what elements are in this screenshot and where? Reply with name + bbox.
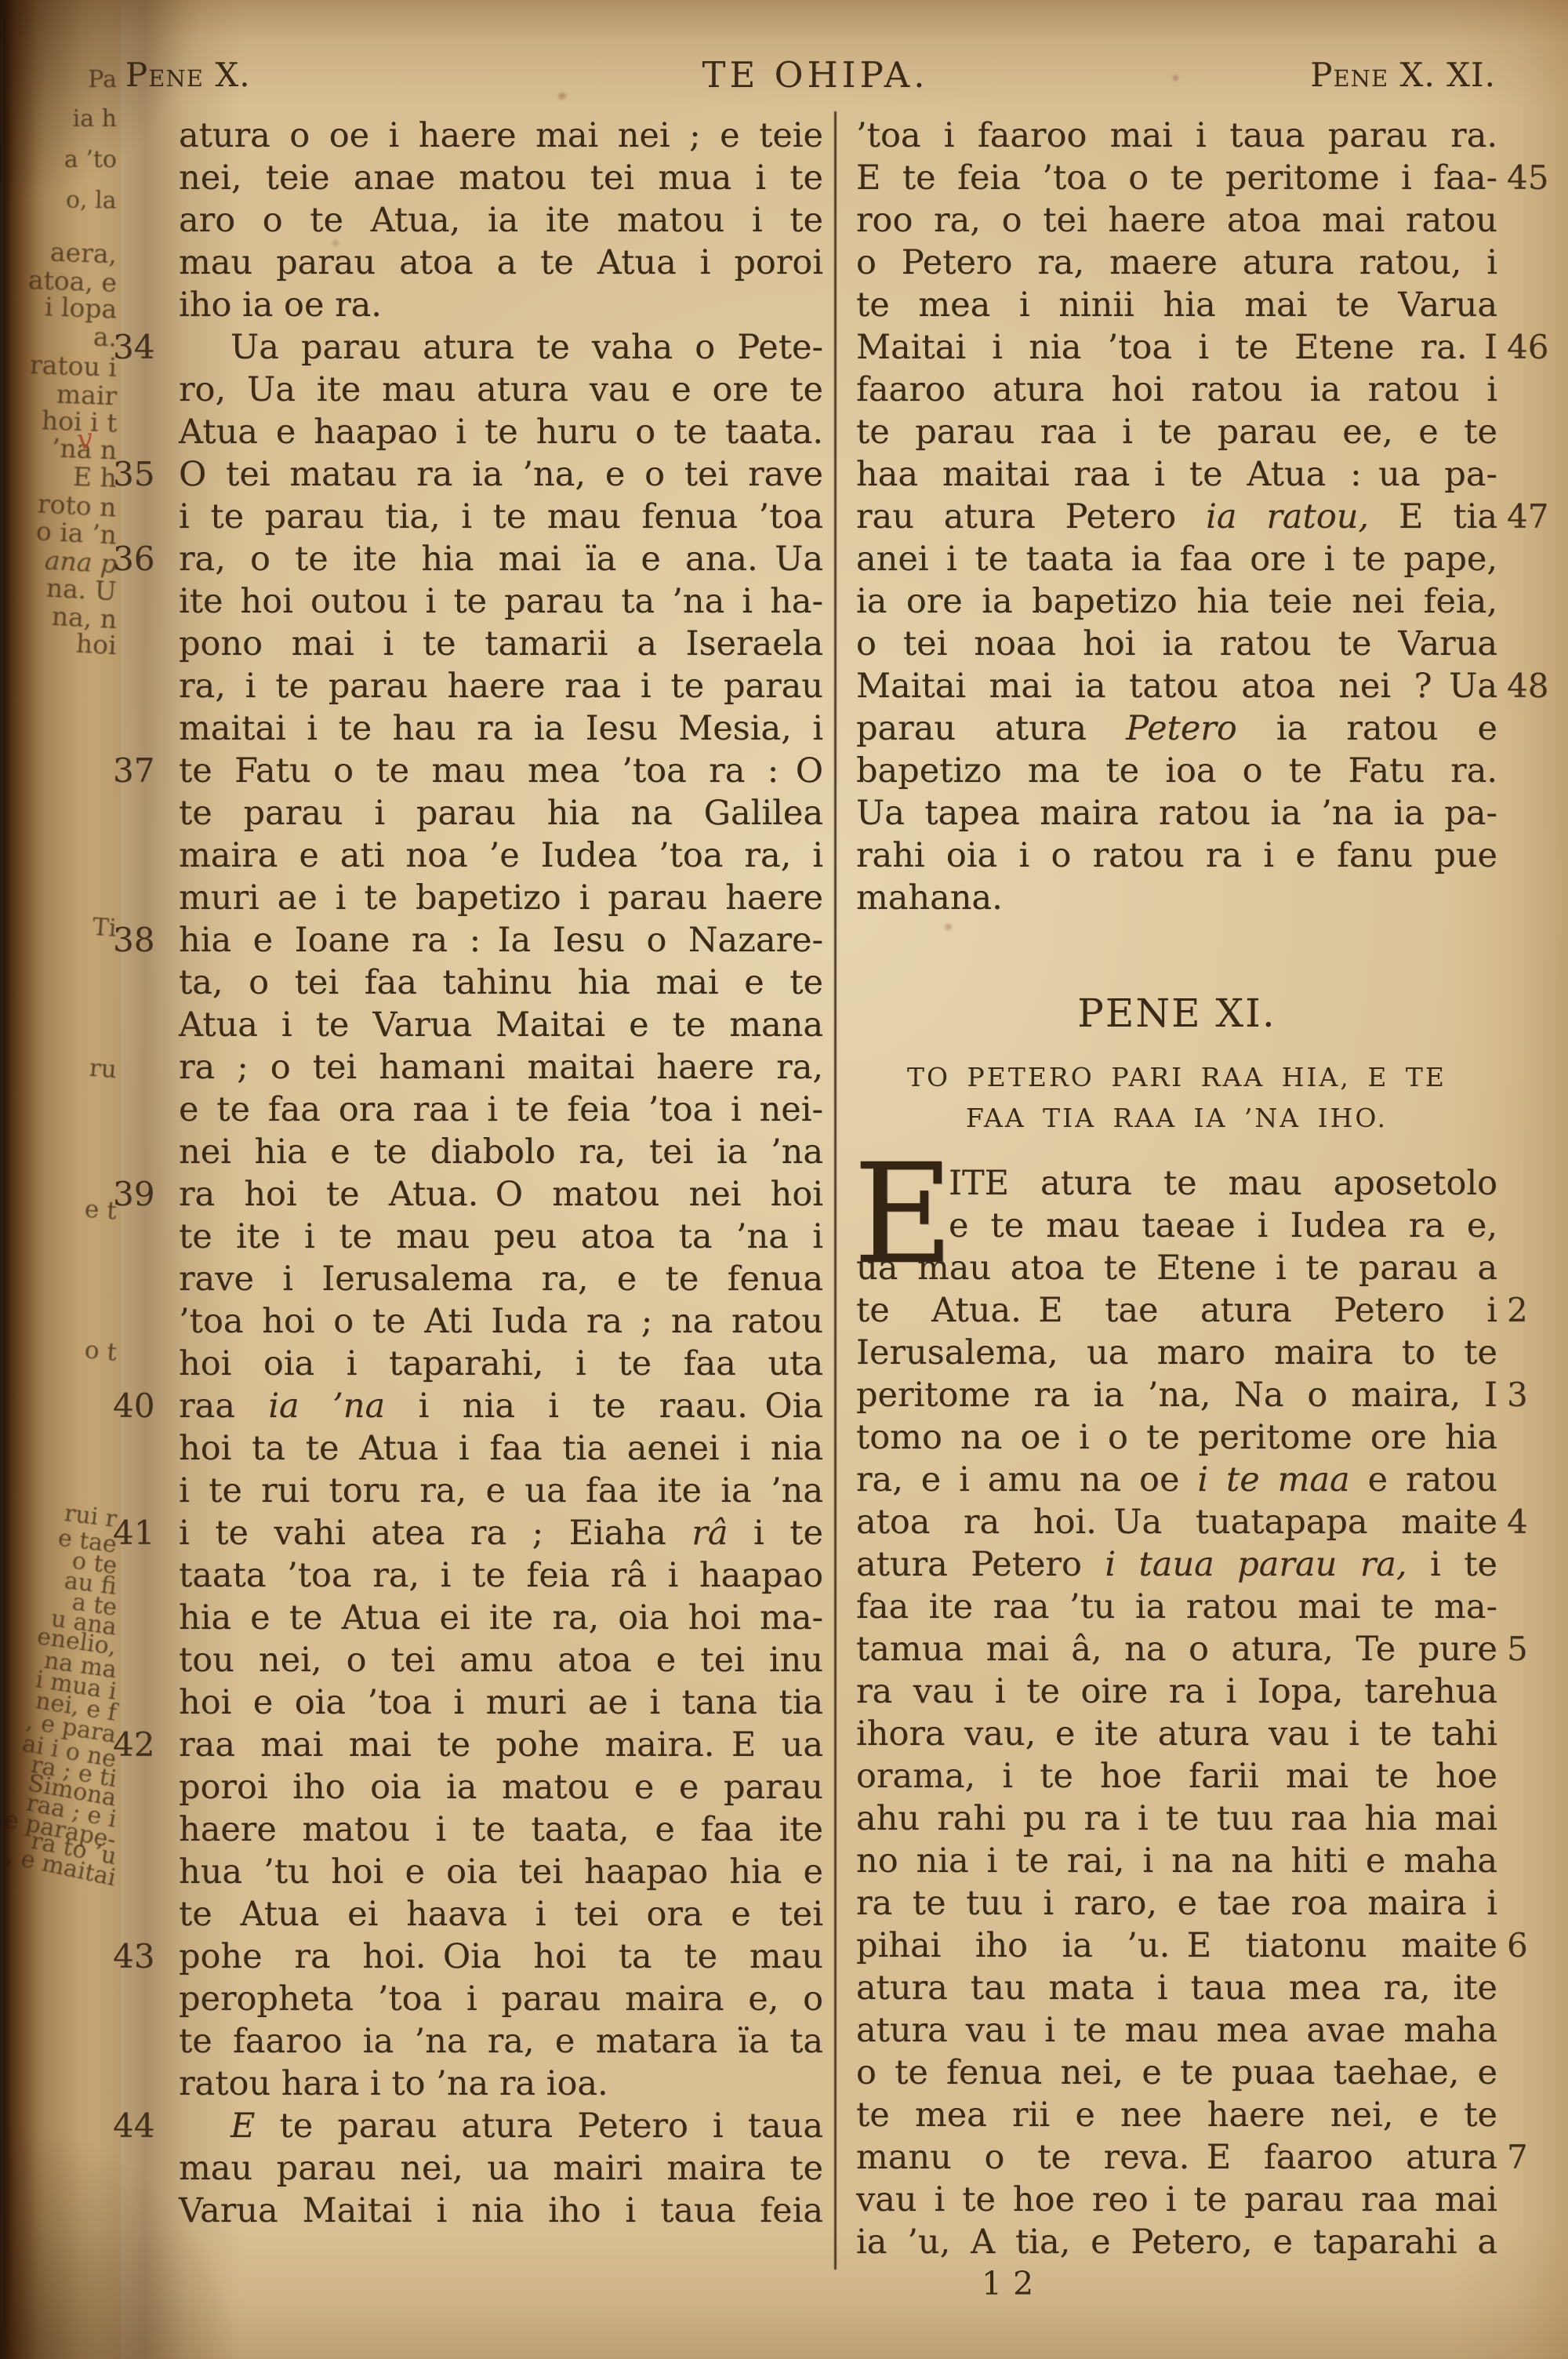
text-line: rave i Ierusalema ra, e te fenua xyxy=(179,1258,823,1300)
text-line: ratou hara i to ’na ra ioa. xyxy=(179,2063,823,2105)
verse-number: 5 xyxy=(1507,1628,1568,1670)
line-text: te ite i te mau peu atoa ta ’na i xyxy=(179,1217,823,1256)
verse-number: 4 xyxy=(1507,1501,1568,1543)
line-text: maitai i te hau ra ia Iesu Mesia, i xyxy=(179,709,823,748)
text-line: parau atura Petero ia ratou e xyxy=(856,707,1497,750)
line-text: ro, Ua ite mau atura vau e ore te xyxy=(179,370,823,409)
line-text: ra hoi te Atua. O matou nei hoi xyxy=(179,1175,823,1214)
text-line: ta, o tei faa tahinu hia mai e te xyxy=(179,961,823,1004)
line-text: Atua i te Varua Maitai e te mana xyxy=(179,1005,823,1045)
right-column-part2: EITE atura te mau aposetoloe te mau taea… xyxy=(856,1162,1497,2263)
text-line: ia ’u, A tia, e Petero, e taparahi a xyxy=(856,2221,1497,2263)
text-line: tou nei, o tei amu atoa e tei inu xyxy=(179,1639,823,1681)
line-text: ia ’u, A tia, e Petero, e taparahi a xyxy=(856,2223,1497,2262)
text-line: te faaroo ia ’na ra, e matara ïa ta xyxy=(179,2020,823,2063)
chapter-heading: PENE XI. xyxy=(856,990,1497,1037)
text-line: te parau i parau hia na Galilea xyxy=(179,792,823,834)
line-text: e te faa ora raa i te feia ’toa i nei- xyxy=(179,1090,823,1129)
text-line: peropheta ’toa i parau maira e, o xyxy=(179,1978,823,2020)
text-line: mahana. xyxy=(856,877,1497,919)
line-text: nei hia e te diabolo ra, tei ia ’na xyxy=(179,1132,823,1172)
text-line: 4atoa ra hoi. Ua tuatapapa maite xyxy=(856,1501,1497,1543)
left-column: atura o oe i haere mai nei ; e teienei, … xyxy=(179,114,823,2232)
text-line: 45E te feia ’toa o te peritome i faa- xyxy=(856,157,1497,199)
line-text: bapetizo ma te ioa o te Fatu ra. xyxy=(856,751,1497,791)
line-text: rau atura Petero ia ratou, E tia xyxy=(856,497,1497,536)
line-text: peritome ra ia ’na, Na o maira, I xyxy=(856,1376,1497,1415)
text-line: o te fenua nei, e te puaa taehae, e xyxy=(856,2052,1497,2094)
line-text: ’toa hoi o te Ati Iuda ra ; na ratou xyxy=(179,1302,823,1341)
text-line: ra, e i amu na oe i te maa e ratou xyxy=(856,1459,1497,1501)
text-line: orama, i te hoe farii mai te hoe xyxy=(856,1755,1497,1797)
text-line: Varua Maitai i nia iho i taua feia xyxy=(179,2190,823,2232)
verse-number: 47 xyxy=(1507,496,1568,538)
text-line: 40raa ia ’na i nia i te raau. Oia xyxy=(179,1385,823,1427)
text-line: ’toa hoi o te Ati Iuda ra ; na ratou xyxy=(179,1300,823,1343)
verse-number: 45 xyxy=(1507,157,1568,199)
line-text: te Atua. E tae atura Petero i xyxy=(856,1291,1497,1330)
verse-number: 43 xyxy=(113,1936,171,1978)
line-text: ITE atura te mau aposetolo xyxy=(949,1164,1497,1203)
text-line: 34Ua parau atura te vaha o Pete- xyxy=(179,326,823,369)
line-text: no nia i te rai, i na na hiti e maha xyxy=(856,1841,1497,1881)
text-line: iho ia oe ra. xyxy=(179,284,823,326)
line-text: faa ite raa ’tu ia ratou mai te ma- xyxy=(856,1587,1497,1627)
verse-number: 6 xyxy=(1507,1925,1568,1967)
line-text: haere matou i te taata, e faa ite xyxy=(179,1810,823,1849)
line-text: anei i te taata ia faa ore i te pape, xyxy=(856,540,1497,579)
text-line: mau parau nei, ua mairi maira te xyxy=(179,2147,823,2190)
text-line: te parau raa i te parau ee, e te xyxy=(856,411,1497,453)
text-line: mau parau atoa a te Atua i poroi xyxy=(179,242,823,284)
text-line: 6pihai iho ia ’u. E tiatonu maite xyxy=(856,1925,1497,1967)
line-text: tou nei, o tei amu atoa e tei inu xyxy=(179,1641,823,1680)
text-line: Atua i te Varua Maitai e te mana xyxy=(179,1004,823,1046)
text-line: rahi oia i o ratou ra i e fanu pue xyxy=(856,834,1497,877)
text-line: aro o te Atua, ia ite matou i te xyxy=(179,199,823,242)
line-text: hoi oia i taparahi, i te faa uta xyxy=(179,1344,823,1383)
text-line: maitai i te hau ra ia Iesu Mesia, i xyxy=(179,707,823,750)
line-text: manu o te reva. E faaroo atura xyxy=(856,2138,1497,2177)
line-text: te parau raa i te parau ee, e te xyxy=(856,413,1497,452)
right-column-part1: ’toa i faaroo mai i taua parau ra.45E te… xyxy=(856,114,1497,919)
line-text: i te vahi atea ra ; Eiaha râ i te xyxy=(179,1514,823,1553)
line-text: Atua e haapao i te huru o te taata. xyxy=(179,413,823,452)
line-text: ihora vau, e ite atura vau i te tahi xyxy=(856,1714,1497,1754)
line-text: e te mau taeae i Iudea ra e, xyxy=(949,1206,1497,1245)
text-line: no nia i te rai, i na na hiti e maha xyxy=(856,1840,1497,1882)
text-line: pono mai i te tamarii a Iseraela xyxy=(179,623,823,665)
text-line: hua ’tu hoi e oia tei haapao hia e xyxy=(179,1851,823,1893)
line-text: hoi e oia ’toa i muri ae i tana tia xyxy=(179,1683,823,1722)
verse-number: 37 xyxy=(113,750,171,792)
line-text: aro o te Atua, ia ite matou i te xyxy=(179,201,823,240)
text-line: ra te tuu i raro, e tae roa maira i xyxy=(856,1882,1497,1925)
text-line: haa maitai raa i te Atua : ua pa- xyxy=(856,453,1497,496)
page-text-layer: Pene X. TE OHIPA. Pene X. XI. atura o oe… xyxy=(0,0,1568,2359)
chapter-subtitle-line2: FAA TIA RAA IA ’NA IHO. xyxy=(856,1101,1497,1136)
text-line: 37te Fatu o te mau mea ’toa ra : O xyxy=(179,750,823,792)
line-text: vau i te hoe reo i te parau raa mai xyxy=(856,2180,1497,2219)
line-text: E te feia ’toa o te peritome i faa- xyxy=(856,158,1497,198)
text-line: atura tau mata i taua mea ra, ite xyxy=(856,1967,1497,2009)
text-line: te mea i ninii hia mai te Varua xyxy=(856,284,1497,326)
text-line: ahu rahi pu ra i te tuu raa hia mai xyxy=(856,1797,1497,1840)
line-text: o tei noaa hoi ia ratou te Varua xyxy=(856,624,1497,663)
verse-number: 48 xyxy=(1507,665,1568,707)
text-line: o Petero ra, maere atura ratou, i xyxy=(856,242,1497,284)
line-text: pono mai i te tamarii a Iseraela xyxy=(179,624,823,663)
line-text: ite hoi outou i te parau ta ’na i ha- xyxy=(179,582,823,621)
line-text: atura Petero i taua parau ra, i te xyxy=(856,1545,1497,1584)
line-text: ia ore ia bapetizo hia teie nei feia, xyxy=(856,582,1497,621)
line-text: atura tau mata i taua mea ra, ite xyxy=(856,1968,1497,2008)
line-text: te Fatu o te mau mea ’toa ra : O xyxy=(179,751,823,791)
line-text: ra ; o tei hamani maitai haere ra, xyxy=(179,1048,823,1087)
text-line: ihora vau, e ite atura vau i te tahi xyxy=(856,1713,1497,1755)
line-text: hoi ta te Atua i faa tia aenei i nia xyxy=(179,1429,823,1468)
line-text: o te fenua nei, e te puaa taehae, e xyxy=(856,2053,1497,2092)
line-text: atoa ra hoi. Ua tuatapapa maite xyxy=(856,1503,1497,1542)
line-text: pohe ra hoi. Oia hoi ta te mau xyxy=(179,1937,823,1976)
line-text: nei, teie anae matou tei mua i te xyxy=(179,158,823,198)
line-text: ’toa i faaroo mai i taua parau ra. xyxy=(856,116,1497,155)
line-text: ra te tuu i raro, e tae roa maira i xyxy=(856,1884,1497,1923)
line-text: rave i Ierusalema ra, e te fenua xyxy=(179,1259,823,1299)
text-line: te mea rii e nee haere nei, e te xyxy=(856,2094,1497,2136)
chapter-subtitle-line1: TO PETERO PARI RAA HIA, E TE xyxy=(856,1060,1497,1095)
line-text: te parau i parau hia na Galilea xyxy=(179,794,823,833)
line-text: faaroo atura hoi ratou ia ratou i xyxy=(856,370,1497,409)
line-text: Ua parau atura te vaha o Pete- xyxy=(230,328,823,367)
line-text: atura vau i te mau mea avae maha xyxy=(856,2011,1497,2050)
line-text: te mea rii e nee haere nei, e te xyxy=(856,2095,1497,2135)
line-text: te Atua ei haava i tei ora e tei xyxy=(179,1895,823,1934)
line-text: ahu rahi pu ra i te tuu raa hia mai xyxy=(856,1799,1497,1838)
line-text: maira e ati noa ’e Iudea ’toa ra, i xyxy=(179,836,823,875)
text-line: atura o oe i haere mai nei ; e teie xyxy=(179,114,823,157)
text-line: ’toa i faaroo mai i taua parau ra. xyxy=(856,114,1497,157)
verse-number: 35 xyxy=(113,453,171,496)
line-text: Varua Maitai i nia iho i taua feia xyxy=(179,2191,823,2230)
running-header-right: Pene X. XI. xyxy=(1025,55,1496,96)
text-line: 48Maitai mai ia tatou atoa nei ? Ua xyxy=(856,665,1497,707)
line-text: o Petero ra, maere atura ratou, i xyxy=(856,243,1497,282)
text-line: atura Petero i taua parau ra, i te xyxy=(856,1543,1497,1586)
line-text: hia e Ioane ra : Ia Iesu o Nazare- xyxy=(179,921,823,960)
text-line: hoi ta te Atua i faa tia aenei i nia xyxy=(179,1427,823,1470)
text-line: 36ra, o te ite hia mai ïa e ana. Ua xyxy=(179,538,823,580)
text-line: e te faa ora raa i te feia ’toa i nei- xyxy=(179,1089,823,1131)
text-line: i te parau tia, i te mau fenua ’toa xyxy=(179,496,823,538)
text-line: 35O tei matau ra ia ’na, e o tei rave xyxy=(179,453,823,496)
text-line: i te rui toru ra, e ua faa ite ia ’na xyxy=(179,1470,823,1512)
text-line: EITE atura te mau aposetolo xyxy=(856,1162,1497,1205)
line-text: ua mau atoa te Etene i te parau a xyxy=(856,1249,1497,1288)
text-line: taata ’toa ra, i te feia râ i haapao xyxy=(179,1554,823,1597)
line-text: Ua tapea maira ratou ia ’na ia pa- xyxy=(856,794,1497,833)
text-line: anei i te taata ia faa ore i te pape, xyxy=(856,538,1497,580)
line-text: i te rui toru ra, e ua faa ite ia ’na xyxy=(179,1471,823,1510)
verse-number: 41 xyxy=(113,1512,171,1554)
verse-number: 7 xyxy=(1507,2136,1568,2179)
text-line: ra ; o tei hamani maitai haere ra, xyxy=(179,1046,823,1089)
line-text: Maitai mai ia tatou atoa nei ? Ua xyxy=(856,667,1497,706)
text-line: Ua tapea maira ratou ia ’na ia pa- xyxy=(856,792,1497,834)
text-line: maira e ati noa ’e Iudea ’toa ra, i xyxy=(179,834,823,877)
line-text: rahi oia i o ratou ra i e fanu pue xyxy=(856,836,1497,875)
text-line: poroi iho oia ia matou e e parau xyxy=(179,1766,823,1808)
line-text: raa ia ’na i nia i te raau. Oia xyxy=(179,1387,823,1426)
text-line: 42raa mai mai te pohe maira. E ua xyxy=(179,1724,823,1766)
line-text: taata ’toa ra, i te feia râ i haapao xyxy=(179,1556,823,1595)
line-text: ra vau i te oire ra i Iopa, tarehua xyxy=(856,1672,1497,1711)
line-text: O tei matau ra ia ’na, e o tei rave xyxy=(179,455,823,494)
line-text: hia e te Atua ei ite ra, oia hoi ma- xyxy=(179,1598,823,1637)
verse-number: 44 xyxy=(113,2105,171,2147)
text-line: nei hia e te diabolo ra, tei ia ’na xyxy=(179,1131,823,1173)
text-line: o tei noaa hoi ia ratou te Varua xyxy=(856,623,1497,665)
line-text: i te parau tia, i te mau fenua ’toa xyxy=(179,497,823,536)
line-text: ta, o tei faa tahinu hia mai e te xyxy=(179,963,823,1002)
line-text: mahana. xyxy=(856,878,1003,918)
text-line: ia ore ia bapetizo hia teie nei feia, xyxy=(856,580,1497,623)
text-line: bapetizo ma te ioa o te Fatu ra. xyxy=(856,750,1497,792)
text-line: 38hia e Ioane ra : Ia Iesu o Nazare- xyxy=(179,919,823,961)
verse-number: 2 xyxy=(1507,1289,1568,1332)
verse-number: 42 xyxy=(113,1724,171,1766)
line-text: E te parau atura Petero i taua xyxy=(230,2106,823,2146)
line-text: te faaroo ia ’na ra, e matara ïa ta xyxy=(179,2022,823,2061)
text-line: ra vau i te oire ra i Iopa, tarehua xyxy=(856,1670,1497,1713)
text-line: faaroo atura hoi ratou ia ratou i xyxy=(856,369,1497,411)
line-text: mau parau atoa a te Atua i poroi xyxy=(179,243,823,282)
text-line: 3peritome ra ia ’na, Na o maira, I xyxy=(856,1374,1497,1416)
text-line: 2te Atua. E tae atura Petero i xyxy=(856,1289,1497,1332)
text-line: roo ra, o tei haere atoa mai ratou xyxy=(856,199,1497,242)
text-line: 39ra hoi te Atua. O matou nei hoi xyxy=(179,1173,823,1216)
verse-number: 34 xyxy=(113,326,171,369)
line-text: pihai iho ia ’u. E tiatonu maite xyxy=(856,1926,1497,1965)
column-divider-rule xyxy=(834,111,837,2270)
line-text: ratou hara i to ’na ra ioa. xyxy=(179,2064,608,2103)
text-line: haere matou i te taata, e faa ite xyxy=(179,1808,823,1851)
text-line: Atua e haapao i te huru o te taata. xyxy=(179,411,823,453)
line-text: ra, i te parau haere raa i te parau xyxy=(179,667,823,706)
line-text: te mea i ninii hia mai te Varua xyxy=(856,285,1497,325)
line-text: orama, i te hoe farii mai te hoe xyxy=(856,1757,1497,1796)
line-text: Maitai i nia ’toa i te Etene ra. I xyxy=(856,328,1497,367)
line-text: ra, e i amu na oe i te maa e ratou xyxy=(856,1460,1497,1499)
text-line: Ierusalema, ua maro maira to te xyxy=(856,1332,1497,1374)
line-text: tamua mai â, na o atura, Te pure xyxy=(856,1630,1497,1669)
line-text: mau parau nei, ua mairi maira te xyxy=(179,2149,823,2188)
verse-number: 3 xyxy=(1507,1374,1568,1416)
text-line: tomo na oe i o te peritome ore hia xyxy=(856,1416,1497,1459)
line-text: Ierusalema, ua maro maira to te xyxy=(856,1333,1497,1372)
text-line: hia e te Atua ei ite ra, oia hoi ma- xyxy=(179,1597,823,1639)
text-line: ra, i te parau haere raa i te parau xyxy=(179,665,823,707)
text-line: 41i te vahi atea ra ; Eiaha râ i te xyxy=(179,1512,823,1554)
text-line: muri ae i te bapetizo i parau haere xyxy=(179,877,823,919)
text-line: vau i te hoe reo i te parau raa mai xyxy=(856,2179,1497,2221)
text-line: 43pohe ra hoi. Oia hoi ta te mau xyxy=(179,1936,823,1978)
text-line: ite hoi outou i te parau ta ’na i ha- xyxy=(179,580,823,623)
line-text: haa maitai raa i te Atua : ua pa- xyxy=(856,455,1497,494)
text-line: 47rau atura Petero ia ratou, E tia xyxy=(856,496,1497,538)
line-text: roo ra, o tei haere atoa mai ratou xyxy=(856,201,1497,240)
line-text: poroi iho oia ia matou e e parau xyxy=(179,1768,823,1807)
line-text: atura o oe i haere mai nei ; e teie xyxy=(179,116,823,155)
line-text: hua ’tu hoi e oia tei haapao hia e xyxy=(179,1852,823,1892)
text-line: nei, teie anae matou tei mua i te xyxy=(179,157,823,199)
verse-number: 39 xyxy=(113,1173,171,1216)
verse-number: 38 xyxy=(113,919,171,961)
text-line: te Atua ei haava i tei ora e tei xyxy=(179,1893,823,1936)
line-text: raa mai mai te pohe maira. E ua xyxy=(179,1725,823,1765)
scanned-book-page: Paia ha ’too, laaera,atoa, ei lopaa.rato… xyxy=(0,0,1568,2359)
page-number: 12 xyxy=(982,2265,1107,2303)
right-column: ’toa i faaroo mai i taua parau ra.45E te… xyxy=(856,114,1497,2263)
line-text: iho ia oe ra. xyxy=(179,285,382,325)
text-line: ua mau atoa te Etene i te parau a xyxy=(856,1247,1497,1289)
verse-number: 36 xyxy=(113,538,171,580)
line-text: ra, o te ite hia mai ïa e ana. Ua xyxy=(179,540,823,579)
text-line: hoi oia i taparahi, i te faa uta xyxy=(179,1343,823,1385)
text-line: atura vau i te mau mea avae maha xyxy=(856,2009,1497,2052)
text-line: 44E te parau atura Petero i taua xyxy=(179,2105,823,2147)
line-text: muri ae i te bapetizo i parau haere xyxy=(179,878,823,918)
verse-number: 46 xyxy=(1507,326,1568,369)
text-line: faa ite raa ’tu ia ratou mai te ma- xyxy=(856,1586,1497,1628)
line-text: tomo na oe i o te peritome ore hia xyxy=(856,1418,1497,1457)
text-line: 46Maitai i nia ’toa i te Etene ra. I xyxy=(856,326,1497,369)
line-text: parau atura Petero ia ratou e xyxy=(856,709,1497,748)
text-line: e te mau taeae i Iudea ra e, xyxy=(856,1205,1497,1247)
text-line: hoi e oia ’toa i muri ae i tana tia xyxy=(179,1681,823,1724)
text-line: 7manu o te reva. E faaroo atura xyxy=(856,2136,1497,2179)
text-line: te ite i te mau peu atoa ta ’na i xyxy=(179,1216,823,1258)
verse-number: 40 xyxy=(113,1385,171,1427)
text-line: ro, Ua ite mau atura vau e ore te xyxy=(179,369,823,411)
line-text: peropheta ’toa i parau maira e, o xyxy=(179,1979,823,2019)
text-line: 5tamua mai â, na o atura, Te pure xyxy=(856,1628,1497,1670)
